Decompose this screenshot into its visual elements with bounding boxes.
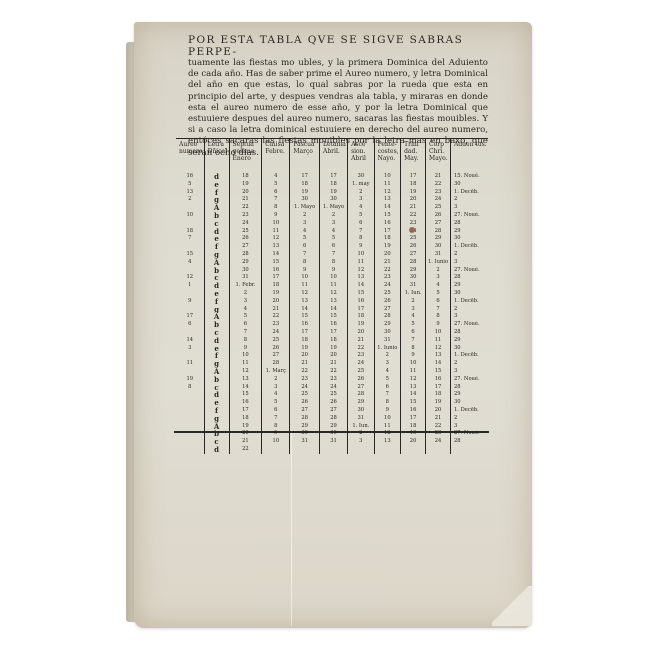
table-row: 3e9261919221. Iunio81230: [176, 345, 488, 353]
table-cell: 20: [426, 407, 451, 415]
table-cell: 29: [290, 423, 320, 431]
table-cell: 7: [374, 391, 401, 399]
table-cell: 25: [319, 391, 347, 399]
table-cell: 14: [262, 251, 290, 259]
table-cell: 11: [426, 337, 451, 345]
table-row: 12c31171010132330328: [176, 274, 488, 282]
table-cell: 5: [319, 235, 347, 243]
table-cell: 25: [374, 290, 401, 298]
table-cell: 14: [348, 282, 375, 290]
table-cell: 2: [451, 360, 489, 368]
table-cell: 29: [451, 337, 489, 345]
table-cell: 15: [176, 251, 204, 259]
table-cell: 10: [348, 251, 375, 259]
table-cell: 19: [374, 243, 401, 251]
table-cell: 17: [319, 169, 347, 181]
table-cell: 27: [229, 243, 262, 251]
table-cell: 3: [348, 438, 375, 446]
table-cell: 29: [451, 228, 489, 236]
table-cell: A: [204, 313, 229, 321]
table-cell: 27: [319, 407, 347, 415]
table-cell: 15: [262, 259, 290, 267]
table-cell: 10: [290, 274, 320, 282]
table-cell: 6: [262, 189, 290, 197]
table-cell: 8: [348, 235, 375, 243]
table-cell: 10: [426, 329, 451, 337]
table-cell: 30: [229, 267, 262, 275]
table-cell: 12: [176, 274, 204, 282]
table-cell: e: [204, 399, 229, 407]
column-header: Ascē sion. Abril: [348, 139, 375, 169]
table-cell: 8: [262, 423, 290, 431]
table-cell: 22: [401, 212, 426, 220]
table-cell: b: [204, 376, 229, 384]
table-row: c7241717203061028: [176, 329, 488, 337]
table-cell: 25: [262, 337, 290, 345]
table-cell: 16: [290, 321, 320, 329]
table-cell: 24: [426, 438, 451, 446]
table-row: d1542525287141829: [176, 391, 488, 399]
table-cell: 14: [229, 384, 262, 392]
table-cell: 31: [229, 274, 262, 282]
table-cell: g: [204, 360, 229, 368]
table-cell: 29: [319, 423, 347, 431]
table-cell: 30: [401, 274, 426, 282]
table-row: 17A52215151828483: [176, 313, 488, 321]
table-cell: 19: [262, 290, 290, 298]
table-cell: 18: [348, 313, 375, 321]
table-cell: 1. Març: [262, 368, 290, 376]
table-cell: e: [204, 181, 229, 189]
table-row: e1652626298151930: [176, 399, 488, 407]
table-cell: 7: [319, 251, 347, 259]
table-cell: 22: [262, 313, 290, 321]
table-cell: 26: [262, 345, 290, 353]
table-cell: c: [204, 438, 229, 446]
table-cell: 6: [290, 243, 320, 251]
column-header: Letania Abril.: [319, 139, 347, 169]
table-cell: 30: [451, 290, 489, 298]
table-cell: 9: [290, 267, 320, 275]
column-header: Letra Dñical: [204, 139, 229, 169]
table-cell: [401, 446, 426, 454]
table-cell: 10: [262, 438, 290, 446]
table-cell: [451, 446, 489, 454]
table-cell: 27: [374, 306, 401, 314]
table-cell: 19: [401, 189, 426, 197]
table-cell: 7: [290, 251, 320, 259]
table-cell: 29: [426, 235, 451, 243]
table-cell: 10: [229, 352, 262, 360]
table-row: 18d251144717242829: [176, 228, 488, 236]
table-cell: 21: [290, 360, 320, 368]
table-cell: 12: [401, 376, 426, 384]
table-cell: 1: [176, 282, 204, 290]
table-cell: 5: [176, 181, 204, 189]
table-cell: 12: [262, 235, 290, 243]
table-cell: g: [204, 196, 229, 204]
table-cell: 2: [319, 212, 347, 220]
table-cell: 24: [290, 384, 320, 392]
table-cell: 10: [374, 169, 401, 181]
table-row: A19829291. Iun.1118223: [176, 423, 488, 431]
table-cell: 2: [426, 267, 451, 275]
table-cell: 28: [229, 251, 262, 259]
table-cell: 21: [426, 169, 451, 181]
table-cell: [348, 446, 375, 454]
ink-stain: [409, 227, 415, 233]
table-row: A121. Març222225411153: [176, 368, 488, 376]
table-cell: 24: [319, 384, 347, 392]
table-cell: 21: [348, 337, 375, 345]
table-cell: 6: [176, 321, 204, 329]
table-cell: 26: [229, 235, 262, 243]
table-cell: 16: [348, 298, 375, 306]
table-row: 9f32013131626261. Decēb.: [176, 298, 488, 306]
table-cell: 31: [348, 415, 375, 423]
table-cell: 2: [451, 196, 489, 204]
table-cell: 17: [290, 329, 320, 337]
table-cell: 3: [319, 220, 347, 228]
table-row: 15g281477102027312: [176, 251, 488, 259]
table-cell: 28: [426, 228, 451, 236]
table-cell: 18: [319, 337, 347, 345]
table-cell: 27. Noué.: [451, 376, 489, 384]
column-header: Cinisa Febre.: [262, 139, 290, 169]
table-cell: 27: [290, 407, 320, 415]
table-cell: 25: [290, 391, 320, 399]
table-cell: 3: [348, 196, 375, 204]
table-cell: 1. Mayo: [290, 204, 320, 212]
table-cell: 26: [426, 212, 451, 220]
table-cell: [426, 446, 451, 454]
table-cell: 25: [229, 228, 262, 236]
table-cell: 3: [426, 274, 451, 282]
table-cell: 17: [374, 228, 401, 236]
table-cell: 13: [374, 438, 401, 446]
column-header: Pente-costes, Nayo.: [374, 139, 401, 169]
table-cell: 15: [401, 399, 426, 407]
table-cell: d: [204, 228, 229, 236]
table-cell: 15. Noué.: [451, 169, 489, 181]
table-cell: [176, 391, 204, 399]
table-cell: 14: [176, 337, 204, 345]
table-cell: 30: [348, 169, 375, 181]
table-cell: 4: [262, 169, 290, 181]
table-cell: 8: [262, 204, 290, 212]
table-cell: f: [204, 243, 229, 251]
table-cell: 6: [426, 298, 451, 306]
table-cell: 28: [348, 391, 375, 399]
table-cell: 13: [319, 298, 347, 306]
table-cell: 14: [290, 306, 320, 314]
table-cell: g: [204, 306, 229, 314]
table-cell: 4: [374, 368, 401, 376]
table-cell: d: [204, 446, 229, 454]
table-cell: 17: [319, 329, 347, 337]
table-cell: 29: [451, 391, 489, 399]
table-cell: 13: [176, 189, 204, 197]
table-cell: 18: [426, 391, 451, 399]
table-cell: 21: [401, 204, 426, 212]
table-cell: 17: [426, 384, 451, 392]
table-cell: [262, 446, 290, 454]
table-cell: 22: [426, 423, 451, 431]
table-cell: 17: [262, 274, 290, 282]
table-cell: 8: [319, 259, 347, 267]
table-cell: 5: [262, 181, 290, 189]
table-cell: 5: [290, 235, 320, 243]
table-cell: 22: [348, 345, 375, 353]
table-cell: 18: [229, 169, 262, 181]
table-cell: 17: [401, 169, 426, 181]
table-cell: 2: [451, 306, 489, 314]
table-cell: b: [204, 212, 229, 220]
table-row: 16d18417173010172115. Noué.: [176, 169, 488, 181]
table-cell: 11: [319, 282, 347, 290]
table-cell: 22: [229, 446, 262, 454]
table-cell: 11: [374, 181, 401, 189]
table-cell: 12: [426, 345, 451, 353]
table-cell: 21: [229, 438, 262, 446]
table-cell: 21: [229, 196, 262, 204]
table-cell: 8: [176, 384, 204, 392]
table-cell: [319, 446, 347, 454]
table-cell: 30: [426, 243, 451, 251]
table-cell: 5: [262, 399, 290, 407]
table-cell: [176, 290, 204, 298]
table-cell: 10: [401, 360, 426, 368]
table-cell: 3: [290, 220, 320, 228]
table-cell: 28: [401, 259, 426, 267]
table-row: f27136691926301. Decēb.: [176, 243, 488, 251]
table-cell: [290, 446, 320, 454]
table-cell: 27. Noué.: [451, 267, 489, 275]
table-cell: e: [204, 235, 229, 243]
table-cell: f: [204, 407, 229, 415]
table-row: b301699122229227. Noué.: [176, 267, 488, 275]
table-cell: 1. Decēb.: [451, 352, 489, 360]
table-cell: 15: [290, 313, 320, 321]
table-cell: [176, 329, 204, 337]
table-cell: 14: [426, 360, 451, 368]
table-cell: 20: [229, 189, 262, 197]
table-cell: 22: [229, 204, 262, 212]
table-cell: [176, 423, 204, 431]
table-cell: 6: [348, 220, 375, 228]
table-cell: 16: [374, 220, 401, 228]
table-cell: 3: [401, 306, 426, 314]
table-cell: 28: [374, 313, 401, 321]
table-cell: 12: [374, 189, 401, 197]
table-cell: [176, 352, 204, 360]
table-cell: 4: [319, 228, 347, 236]
table-cell: 27: [348, 384, 375, 392]
table-cell: 16: [319, 321, 347, 329]
table-cell: d: [204, 337, 229, 345]
table-cell: [176, 438, 204, 446]
table-cell: 1. Iun.: [348, 423, 375, 431]
table-cell: 11: [374, 423, 401, 431]
table-row: 1d1. Febr.181111142431429: [176, 282, 488, 290]
table-cell: 21: [319, 360, 347, 368]
table-cell: 9: [374, 407, 401, 415]
table-cell: 22: [290, 368, 320, 376]
table-cell: 20: [319, 352, 347, 360]
table-cell: 13: [401, 384, 426, 392]
table-cell: 10: [262, 220, 290, 228]
table-cell: 29: [451, 282, 489, 290]
table-cell: 1. Febr.: [229, 282, 262, 290]
table-cell: 24: [374, 282, 401, 290]
table-row: f102720202329131. Decēb.: [176, 352, 488, 360]
table-header-row: Aureo numeroLetra DñicalSeptua gesima En…: [176, 139, 488, 169]
table-row: 11g1128212124310142: [176, 360, 488, 368]
table-row: e219121215251. Iun.530: [176, 290, 488, 298]
table-cell: 4: [401, 313, 426, 321]
table-cell: 24: [229, 220, 262, 228]
table-cell: 11: [348, 259, 375, 267]
table-cell: 19: [348, 321, 375, 329]
table-cell: 8: [290, 259, 320, 267]
table-cell: 27. Noué.: [451, 321, 489, 329]
table-cell: 27. Noué.: [451, 212, 489, 220]
table-cell: 11: [176, 360, 204, 368]
table-cell: 3: [451, 423, 489, 431]
table-cell: 14: [319, 306, 347, 314]
table-cell: 26: [319, 399, 347, 407]
table-cell: 2: [262, 376, 290, 384]
table-cell: 1. Decēb.: [451, 189, 489, 197]
table-cell: 9: [229, 345, 262, 353]
table-cell: 1. may: [348, 181, 375, 189]
table-cell: 20: [374, 251, 401, 259]
table-cell: 9: [348, 243, 375, 251]
table-cell: 6: [319, 243, 347, 251]
table-cell: 9: [426, 321, 451, 329]
table-cell: 28: [451, 274, 489, 282]
column-header: Aduen tus.: [451, 139, 489, 169]
table-row: d22: [176, 446, 488, 454]
table-row: 2g217303031320242: [176, 196, 488, 204]
table-cell: 22: [426, 181, 451, 189]
table-cell: 10: [319, 274, 347, 282]
table-cell: 23: [348, 352, 375, 360]
table-cell: 28: [290, 415, 320, 423]
table-cell: 6: [262, 407, 290, 415]
column-header: Pascua Março: [290, 139, 320, 169]
table-cell: 28: [451, 220, 489, 228]
table-row: A2281. Mayo1. Mayo41421253: [176, 204, 488, 212]
table-cell: 15: [374, 212, 401, 220]
table-cell: 13: [290, 298, 320, 306]
movable-feasts-table: Aureo numeroLetra DñicalSeptua gesima En…: [176, 138, 488, 434]
table-cell: b: [204, 321, 229, 329]
table-cell: d: [204, 391, 229, 399]
table-cell: 5: [229, 313, 262, 321]
table-row: 13f206191921219231. Decēb.: [176, 189, 488, 197]
table-cell: g: [204, 415, 229, 423]
table-cell: 18: [290, 337, 320, 345]
table-cell: 3: [229, 298, 262, 306]
table-cell: 26: [401, 243, 426, 251]
table-cell: 28: [262, 360, 290, 368]
table-cell: 18: [262, 282, 290, 290]
table-cell: 16: [426, 376, 451, 384]
table-cell: 17: [176, 313, 204, 321]
table-cell: 16: [176, 169, 204, 181]
table-cell: 11: [229, 360, 262, 368]
column-header: Corp Chri. Mayo.: [426, 139, 451, 169]
table-row: g1872828311017212: [176, 415, 488, 423]
table-row: f176272730916201. Decēb.: [176, 407, 488, 415]
table-cell: 7: [262, 415, 290, 423]
table-cell: 2: [176, 196, 204, 204]
table-cell: 17: [290, 169, 320, 181]
table-cell: 11: [262, 228, 290, 236]
table-cell: 30: [451, 235, 489, 243]
table-cell: 1. Iun.: [401, 290, 426, 298]
table-cell: 19: [176, 376, 204, 384]
table-cell: 3: [176, 345, 204, 353]
table-cell: 9: [319, 267, 347, 275]
table-row: 7e261255818252930: [176, 235, 488, 243]
table-cell: 1. Mayo: [319, 204, 347, 212]
table-cell: 1. Decēb.: [451, 407, 489, 415]
table-cell: 31: [374, 337, 401, 345]
table-cell: 30: [451, 399, 489, 407]
table-cell: 4: [262, 391, 290, 399]
table-row: 5e19518181. may11182230: [176, 181, 488, 189]
table-cell: 24: [262, 329, 290, 337]
table-cell: 15: [229, 391, 262, 399]
table-cell: 12: [229, 368, 262, 376]
table-cell: 23: [426, 189, 451, 197]
column-header: Aureo numero: [176, 139, 204, 169]
table-cell: 29: [401, 267, 426, 275]
heading-capitals: POR ESTA TABLA QVE SE SIGVE SABRAS PERPE…: [188, 34, 488, 58]
table-cell: f: [204, 352, 229, 360]
table-cell: 31: [401, 282, 426, 290]
table-cell: 25: [426, 204, 451, 212]
table-cell: c: [204, 220, 229, 228]
table-cell: 6: [374, 384, 401, 392]
table-cell: 5: [401, 321, 426, 329]
table-cell: f: [204, 298, 229, 306]
table-cell: 28: [451, 329, 489, 337]
table-cell: 21: [262, 306, 290, 314]
table-cell: 17: [229, 407, 262, 415]
table-cell: 8: [426, 313, 451, 321]
table-cell: 9: [401, 352, 426, 360]
table-cell: 2: [451, 251, 489, 259]
table-cell: 4: [426, 282, 451, 290]
table-cell: 26: [290, 399, 320, 407]
table-cell: [176, 204, 204, 212]
table-cell: 9: [262, 212, 290, 220]
table-cell: 12: [290, 290, 320, 298]
table-cell: b: [204, 267, 229, 275]
table-cell: A: [204, 259, 229, 267]
table-cell: 2: [374, 352, 401, 360]
table-cell: 13: [374, 196, 401, 204]
table-cell: 15: [319, 313, 347, 321]
table-cell: 25: [348, 368, 375, 376]
table-cell: 23: [229, 212, 262, 220]
table-cell: 20: [290, 352, 320, 360]
table-cell: 16: [401, 407, 426, 415]
table-cell: 20: [348, 329, 375, 337]
